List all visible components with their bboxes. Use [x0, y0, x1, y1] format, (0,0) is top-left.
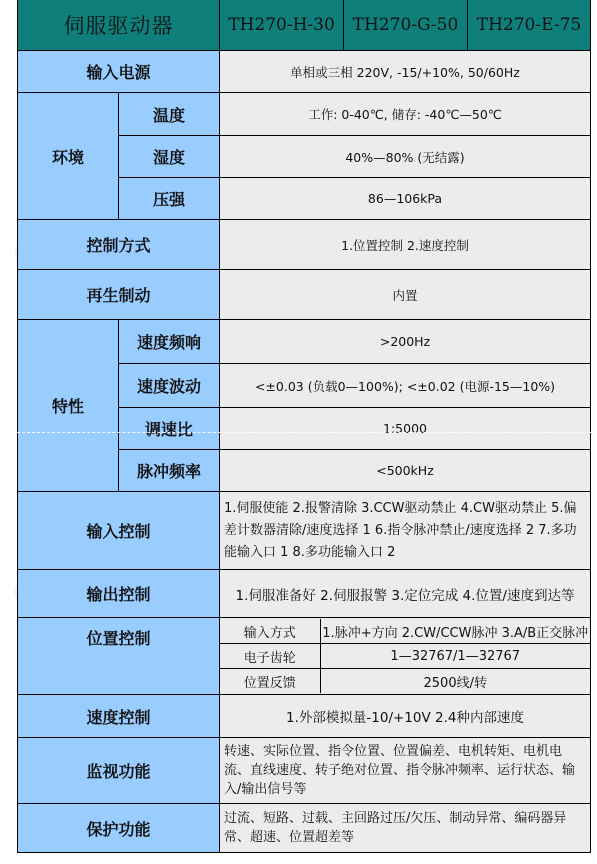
sub-key: 电子齿轮: [220, 644, 320, 669]
row-label: 输出控制: [18, 570, 220, 618]
table-row: 输出控制 1.伺服准备好 2.伺服报警 3.定位完成 4.位置/速度到达等: [18, 570, 591, 618]
row-value: <±0.03 (负载0—100%); <±0.02 (电源-15—10%): [220, 364, 591, 408]
sub-row: 电子齿轮 1—32767/1—32767: [220, 644, 590, 669]
sub-row: 输入方式 1.脉冲+方向 2.CW/CCW脉冲 3.A/B正交脉冲: [220, 619, 590, 644]
row-value: 1.位置控制 2.速度控制: [220, 220, 591, 270]
sub-key: 位置反馈: [220, 669, 320, 694]
sub-label: 调速比: [119, 408, 220, 450]
row-value: 单相或三相 220V, -15/+10%, 50/60Hz: [220, 51, 591, 93]
row-label: 监视功能: [18, 738, 220, 804]
row-label: 控制方式: [18, 220, 220, 270]
row-value: 1.伺服准备好 2.伺服报警 3.定位完成 4.位置/速度到达等: [220, 570, 591, 618]
table-row: 再生制动 内置: [18, 270, 591, 320]
table-row: 特性 速度频响 >200Hz: [18, 320, 591, 364]
model-header: TH270-G-50: [344, 0, 468, 51]
sub-value: 1—32767/1—32767: [320, 644, 590, 669]
row-value: 86—106kPa: [220, 178, 591, 220]
table-row: 监视功能 转速、实际位置、指令位置、位置偏差、电机转矩、电机电流、直线速度、转子…: [18, 738, 591, 804]
sub-key: 输入方式: [220, 619, 320, 644]
group-label: 环境: [18, 93, 119, 220]
sub-label: 温度: [119, 93, 220, 136]
row-value: 工作: 0-40℃, 储存: -40℃—50℃: [220, 93, 591, 136]
table-row: 输入电源 单相或三相 220V, -15/+10%, 50/60Hz: [18, 51, 591, 93]
table-row: 位置控制 输入方式 1.脉冲+方向 2.CW/CCW脉冲 3.A/B正交脉冲 电…: [18, 618, 591, 695]
position-control-subtable-cell: 输入方式 1.脉冲+方向 2.CW/CCW脉冲 3.A/B正交脉冲 电子齿轮 1…: [220, 618, 591, 695]
row-label: 输入控制: [18, 492, 220, 570]
sub-label: 速度波动: [119, 364, 220, 408]
row-value: 内置: [220, 270, 591, 320]
sub-label: 脉冲频率: [119, 450, 220, 492]
row-value: 1.外部模拟量-10/+10V 2.4种内部速度: [220, 695, 591, 738]
model-header: TH270-E-75: [468, 0, 591, 51]
row-label: 保护功能: [18, 804, 220, 853]
sub-label: 压强: [119, 178, 220, 220]
table-row: 控制方式 1.位置控制 2.速度控制: [18, 220, 591, 270]
sub-value: 1.脉冲+方向 2.CW/CCW脉冲 3.A/B正交脉冲: [320, 619, 590, 644]
sub-value: 2500线/转: [320, 669, 590, 694]
table-row: 速度控制 1.外部模拟量-10/+10V 2.4种内部速度: [18, 695, 591, 738]
table-row: 环境 温度 工作: 0-40℃, 储存: -40℃—50℃: [18, 93, 591, 136]
sub-row: 位置反馈 2500线/转: [220, 669, 590, 694]
row-value: 过流、短路、过载、主回路过压/欠压、制动异常、编码器异常、超速、位置超差等: [220, 804, 591, 853]
row-label: 输入电源: [18, 51, 220, 93]
row-value: 1:5000: [220, 408, 591, 450]
table-row: 保护功能 过流、短路、过载、主回路过压/欠压、制动异常、编码器异常、超速、位置超…: [18, 804, 591, 853]
row-value: <500kHz: [220, 450, 591, 492]
position-control-subtable: 输入方式 1.脉冲+方向 2.CW/CCW脉冲 3.A/B正交脉冲 电子齿轮 1…: [220, 619, 590, 693]
group-label: 特性: [18, 320, 119, 492]
row-label: 速度控制: [18, 695, 220, 738]
sub-label: 湿度: [119, 136, 220, 178]
header-row: 伺服驱动器 TH270-H-30 TH270-G-50 TH270-E-75: [18, 0, 591, 51]
model-header: TH270-H-30: [220, 0, 344, 51]
row-value: 1.伺服使能 2.报警清除 3.CCW驱动禁止 4.CW驱动禁止 5.偏差计数器…: [220, 492, 591, 570]
sub-label: 速度频响: [119, 320, 220, 364]
row-value: 转速、实际位置、指令位置、位置偏差、电机转矩、电机电流、直线速度、转子绝对位置、…: [220, 738, 591, 804]
row-value: >200Hz: [220, 320, 591, 364]
table-row: 输入控制 1.伺服使能 2.报警清除 3.CCW驱动禁止 4.CW驱动禁止 5.…: [18, 492, 591, 570]
row-label: 位置控制: [18, 618, 220, 695]
dashed-divider: [17, 432, 597, 433]
spec-table: 伺服驱动器 TH270-H-30 TH270-G-50 TH270-E-75 输…: [17, 0, 591, 853]
table-title: 伺服驱动器: [18, 0, 220, 51]
row-label: 再生制动: [18, 270, 220, 320]
row-value: 40%—80% (无结露): [220, 136, 591, 178]
